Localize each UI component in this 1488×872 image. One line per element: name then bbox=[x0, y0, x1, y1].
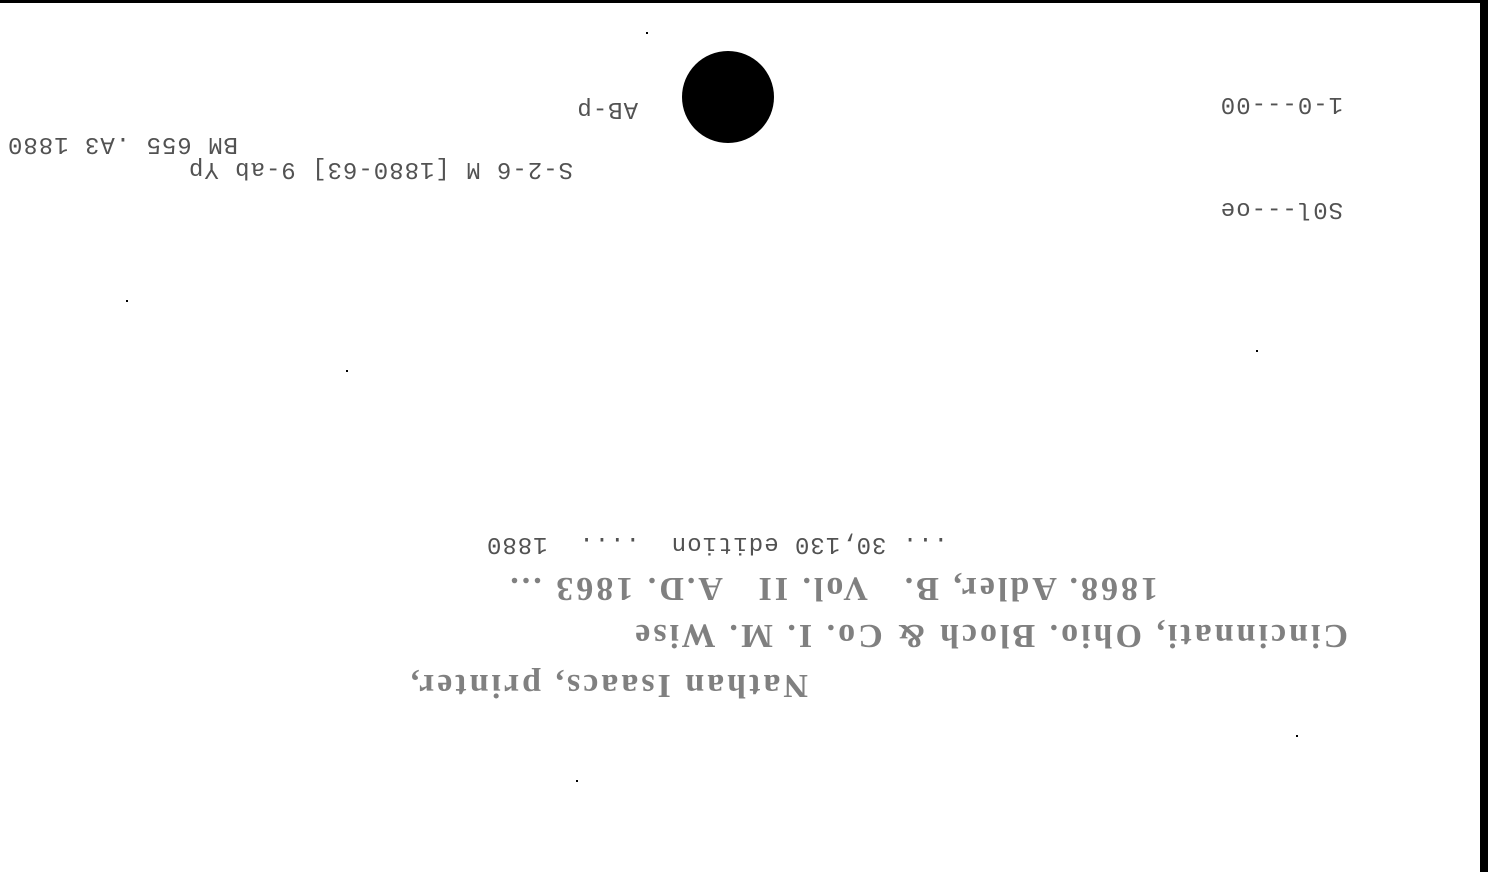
speck bbox=[346, 370, 348, 372]
call-number-line: AB-p bbox=[576, 95, 638, 122]
entry-line: ... 30,130 edition .... 1880 bbox=[486, 530, 948, 557]
speck bbox=[1256, 350, 1258, 352]
punch-hole bbox=[682, 51, 774, 143]
entry-line: Nathan Isaacs, printer, bbox=[408, 666, 808, 704]
entry-line: 1868. Adler, B. Vol. II A.D. 1863 ... bbox=[507, 569, 1158, 607]
speck bbox=[576, 780, 578, 782]
corner-notation: S0l---oe bbox=[1220, 195, 1343, 222]
card-edge bbox=[1480, 0, 1488, 872]
corner-notation: 1-0---00 bbox=[1220, 90, 1343, 117]
index-card: AB-p BM 655 .A3 1880 S-2-6 M [1880-63] 9… bbox=[0, 0, 1488, 872]
card-edge bbox=[0, 0, 1488, 3]
speck bbox=[1296, 735, 1298, 737]
call-number-line: BM 655 .A3 1880 bbox=[7, 130, 238, 157]
speck bbox=[126, 300, 128, 302]
call-number-line: S-2-6 M [1880-63] 9-ab Yp bbox=[188, 155, 573, 182]
speck bbox=[646, 32, 648, 34]
entry-line: Cincinnati, Ohio. Bloch & Co. I. M. Wise bbox=[632, 616, 1348, 654]
